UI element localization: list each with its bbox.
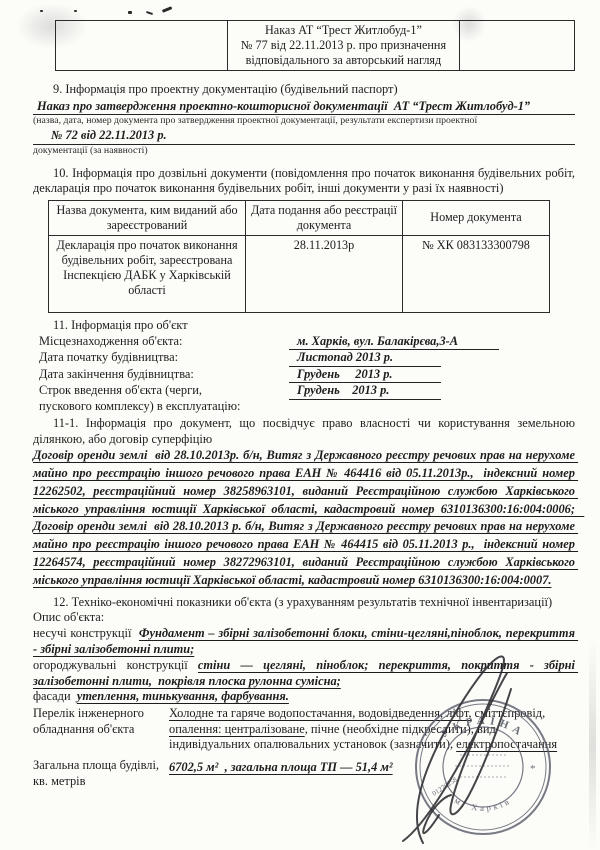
construction-end-value: Грудень 2013 р. <box>289 367 441 384</box>
equipment-label: Перелік інженерного обладнання об'єкта <box>33 706 161 752</box>
col-name-header: Назва документа, ким виданий або зареєст… <box>49 200 246 235</box>
scanned-document-page: Наказ АТ “Трест Житлобуд-1” № 77 від 22.… <box>0 0 600 850</box>
section-9-caption-2: документації (за наявності) <box>33 145 575 157</box>
doc-number-cell: № ХК 083133300798 <box>403 235 550 312</box>
col-number-header: Номер документа <box>403 200 550 235</box>
pen-mark <box>146 11 153 15</box>
permits-table-header-row: Назва документа, ким виданий або зареєст… <box>49 200 550 235</box>
section-9-value-line-1: Наказ про затвердження проектно-кошторис… <box>33 98 575 116</box>
section-11-heading: 11. Інформація про об'єкт <box>33 318 575 334</box>
object-location-label: Місцезнаходження об'єкта: <box>39 334 289 350</box>
permits-table: Назва документа, ким виданий або зареєст… <box>48 200 550 313</box>
top-table-empty-right <box>460 21 575 71</box>
construction-end-row: Дата закінчення будівництва: Грудень 201… <box>39 367 575 384</box>
construction-start-label: Дата початку будівництва: <box>39 350 289 366</box>
object-description-label: Опис об'єкта: <box>33 610 575 626</box>
section-9-caption-1: (назва, дата, номер документа про затвер… <box>33 115 575 127</box>
construction-start-row: Дата початку будівництва: Листопад 2013 … <box>39 350 575 367</box>
ink-speck <box>40 10 43 12</box>
section-9-heading: 9. Інформація про проектну документацію … <box>33 82 575 98</box>
section-12-heading: 12. Техніко-економічні показники об'єкта… <box>33 595 575 611</box>
construction-start-value: Листопад 2013 р. <box>289 350 441 367</box>
facades-value: утеплення, тинькування, фарбування. <box>77 689 289 703</box>
doc-date-cell: 28.11.2013р <box>246 235 403 312</box>
pen-mark <box>162 6 172 12</box>
ink-speck <box>74 10 77 12</box>
section-11-1-heading: 11-1. Інформація про документ, що посвід… <box>33 416 575 447</box>
facades-label: фасади <box>33 689 71 703</box>
handwritten-signature <box>385 645 575 850</box>
equipment-underlined-heating: опалення: централізоване <box>169 722 305 736</box>
bearing-structures-label: несучі конструкції <box>33 626 131 640</box>
doc-name-cell: Декларація про початок виконання будівел… <box>49 235 246 312</box>
object-location-value: м. Харків, вул. Балакірєва,3-А <box>289 334 499 351</box>
top-table-empty-left <box>56 21 228 71</box>
land-document-text: Договір оренди землі від 28.10.2013р. б/… <box>33 448 584 587</box>
section-9-value-line-2: № 72 від 22.11.2013 р. <box>33 127 575 145</box>
section-10-heading: 10. Інформація про дозвільні документи (… <box>33 166 575 197</box>
commissioning-term-label: Строк введення об'єкта (черги, пускового… <box>39 383 289 414</box>
commissioning-term-row: Строк введення об'єкта (черги, пускового… <box>39 383 575 414</box>
permits-table-row: Декларація про початок виконання будівел… <box>49 235 550 312</box>
author-supervision-order-table: Наказ АТ “Трест Житлобуд-1” № 77 від 22.… <box>55 20 575 71</box>
land-document-paragraph: Договір оренди землі від 28.10.2013р. б/… <box>33 447 575 589</box>
scan-streak-right-edge <box>589 640 596 850</box>
object-info-fields: Місцезнаходження об'єкта: м. Харків, вул… <box>39 334 575 415</box>
enclosing-structures-label: огороджувальні конструкції <box>33 658 188 672</box>
order-reference-cell: Наказ АТ “Трест Житлобуд-1” № 77 від 22.… <box>227 21 459 71</box>
ink-speck <box>128 11 132 14</box>
object-location-row: Місцезнаходження об'єкта: м. Харків, вул… <box>39 334 575 351</box>
total-area-label: Загальна площа будівлі, кв. метрів <box>33 758 161 789</box>
commissioning-term-value: Грудень 2013 р. <box>289 383 441 400</box>
total-area-value: 6702,5 м² , загальна площа ТП — 51,4 м² <box>169 758 393 789</box>
construction-end-label: Дата закінчення будівництва: <box>39 367 289 383</box>
col-date-header: Дата подання або реєстрації документа <box>246 200 403 235</box>
